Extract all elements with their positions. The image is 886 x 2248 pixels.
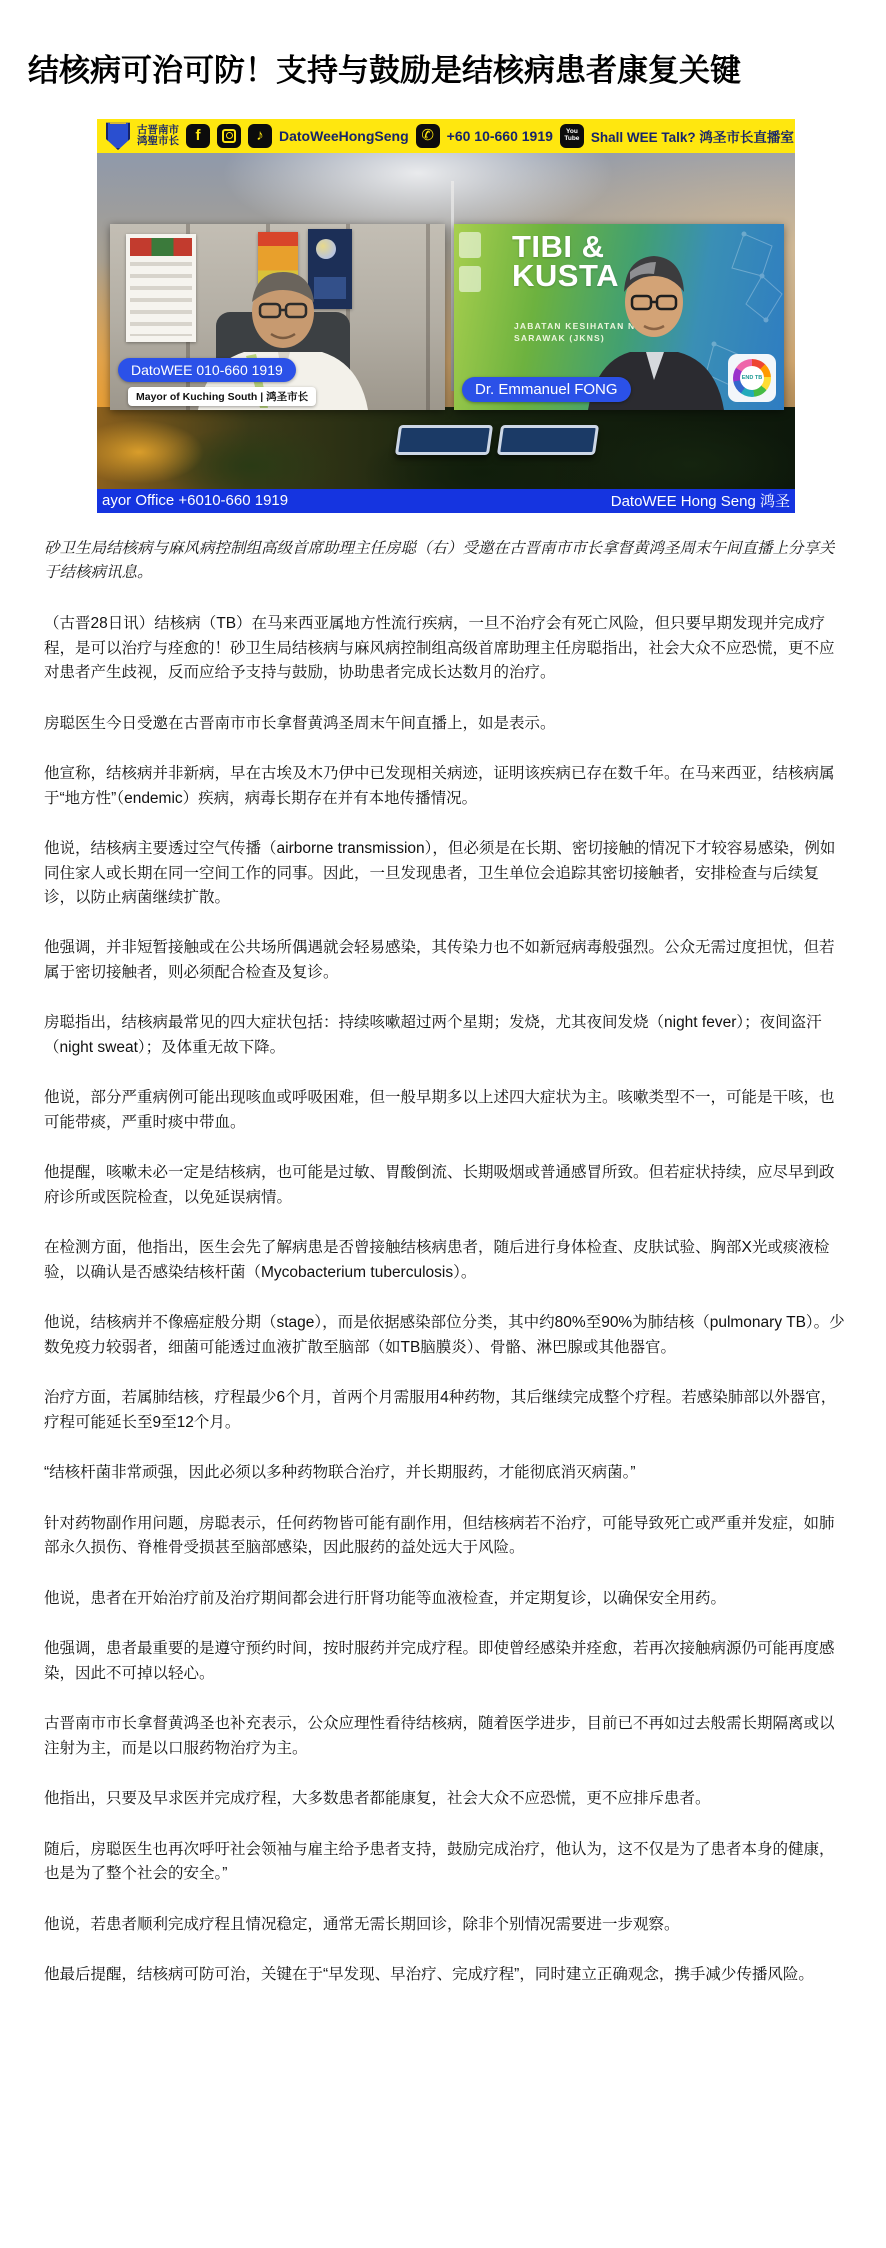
doctor-name-tag: Dr. Emmanuel FONG [462, 377, 631, 402]
article-paragraph: 房聪医生今日受邀在古晋南市市长拿督黄鸿圣周末午间直播上，如是表示。 [44, 712, 846, 736]
article-paragraph: 他说，患者在开始治疗前及治疗期间都会进行肝肾功能等血液检查，并定期复诊，以确保安… [44, 1587, 846, 1611]
bottom-bar-right-text: DatoWEE Hong Seng 鸿圣 [611, 490, 790, 511]
left-speaker-frame: DatoWEE 010-660 1919 Mayor of Kuching So… [110, 224, 445, 410]
endtb-label: END TB [740, 366, 764, 390]
video-bottom-bar: ayor Office +6010-660 1919 DatoWEE Hong … [97, 489, 795, 513]
article-paragraph: 针对药物副作用问题，房聪表示，任何药物皆可能有副作用，但结核病若不治疗，可能导致… [44, 1512, 846, 1561]
article-paragraph: 房聪指出，结核病最常见的四大症状包括：持续咳嗽超过两个星期；发烧，尤其夜间发烧（… [44, 1011, 846, 1060]
cityscape-backdrop [97, 407, 795, 489]
social-handle: DatoWeeHongSeng [279, 128, 409, 144]
article-paragraph: 他说，部分严重病例可能出现咳血或呼吸困难，但一般早期多以上述四大症状为主。咳嗽类… [44, 1086, 846, 1135]
tiktok-glyph: ♪ [256, 128, 264, 143]
article-paragraph: 他最后提醒，结核病可防可治，关键在于“早发现、早治疗、完成疗程”，同时建立正确观… [44, 1963, 846, 1987]
article-paragraph: 他说，结核病主要透过空气传播（airborne transmission），但必… [44, 837, 846, 910]
whatsapp-glyph: ✆ [421, 128, 434, 143]
article-paragraph: 在检测方面，他指出，医生会先了解病患是否曾接触结核病患者，随后进行身体检查、皮肤… [44, 1236, 846, 1285]
instagram-glyph [222, 129, 236, 143]
org-name-line2: 鸿聖市长 [137, 136, 179, 147]
article-paragraph: 随后，房聪医生也再次呼吁社会领袖与雇主给予患者支持，鼓励完成治疗，他认为，这不仅… [44, 1838, 846, 1887]
photo-caption: 砂卫生局结核病与麻风病控制组高级首席助理主任房聪（右）受邀在古晋南市市长拿督黄鸿… [44, 537, 842, 587]
show-tagline: Shall WEE Talk? 鸿圣市长直播室 [591, 126, 794, 146]
page-title: 结核病可治可防！支持与鼓励是结核病患者康复关键 [0, 21, 886, 98]
article-paragraph: 他指出，只要及早求医并完成疗程，大多数患者都能康复，社会大众不应恐慌，更不应排斥… [44, 1787, 846, 1811]
article-paragraph: 他宣称，结核病并非新病，早在古埃及木乃伊中已发现相关病迹，证明该疾病已存在数千年… [44, 762, 846, 811]
article-paragraph: 他强调，并非短暂接触或在公共场所偶遇就会轻易感染，其传染力也不如新冠病毒般强烈。… [44, 936, 846, 985]
endtb-logo: END TB [728, 354, 776, 402]
facebook-icon: f [186, 124, 210, 148]
council-building [395, 425, 493, 455]
livestream-screenshot: 古晋南市 鸿聖市长 f ♪ DatoWeeHongSeng ✆ +60 10-6… [97, 119, 795, 513]
youtube-glyph-bottom: Tube [564, 136, 579, 143]
youtube-icon: You Tube [560, 124, 584, 148]
agency-logos [459, 232, 483, 292]
video-scene: DatoWEE 010-660 1919 Mayor of Kuching So… [97, 153, 795, 489]
council-building [497, 425, 599, 455]
tiktok-icon: ♪ [248, 124, 272, 148]
article-paragraph: 他强调，患者最重要的是遵守预约时间，按时服药并完成疗程。即使曾经感染并痊愈，若再… [44, 1637, 846, 1686]
video-top-banner: 古晋南市 鸿聖市长 f ♪ DatoWeeHongSeng ✆ +60 10-6… [97, 119, 795, 153]
article-paragraph: 他说，若患者顺利完成疗程且情况稳定，通常无需长期回诊，除非个别情况需要进一步观察… [44, 1913, 846, 1937]
article-paragraph: “结核杆菌非常顽强，因此必须以多种药物联合治疗，并长期服药，才能彻底消灭病菌。” [44, 1461, 846, 1485]
org-name: 古晋南市 鸿聖市长 [137, 125, 179, 146]
org-name-line1: 古晋南市 [137, 125, 179, 136]
article-paragraph: 古晋南市市长拿督黄鸿圣也补充表示，公众应理性看待结核病，随着医学进步，目前已不再… [44, 1712, 846, 1761]
article-paragraph: 他说，结核病并不像癌症般分期（stage），而是依据感染部位分类，其中约80%至… [44, 1311, 846, 1360]
article-paragraph: （古晋28日讯）结核病（TB）在马来西亚属地方性流行疾病，一旦不治疗会有死亡风险… [44, 612, 846, 685]
phone-number: +60 10-660 1919 [447, 128, 553, 144]
mayor-role-tag: Mayor of Kuching South | 鸿圣市长 [128, 387, 316, 406]
whatsapp-icon: ✆ [416, 124, 440, 148]
city-crest-logo [106, 121, 130, 150]
article-paragraph: 治疗方面，若属肺结核，疗程最少6个月，首两个月需服用4种药物，其后继续完成整个疗… [44, 1386, 846, 1435]
instagram-icon [217, 124, 241, 148]
endtb-ring: END TB [733, 359, 771, 397]
article-paragraph: 他提醒，咳嗽未必一定是结核病，也可能是过敏、胃酸倒流、长期吸烟或普通感冒所致。但… [44, 1161, 846, 1210]
article-body: （古晋28日讯）结核病（TB）在马来西亚属地方性流行疾病，一旦不治疗会有死亡风险… [44, 612, 846, 1987]
facebook-glyph: f [196, 128, 201, 143]
right-speaker-frame: TIBI & KUSTA JABATAN KESIHATAN NEGERI SA… [454, 224, 784, 410]
bottom-bar-left-text: ayor Office +6010-660 1919 [102, 492, 288, 509]
mayor-name-tag: DatoWEE 010-660 1919 [118, 358, 296, 382]
